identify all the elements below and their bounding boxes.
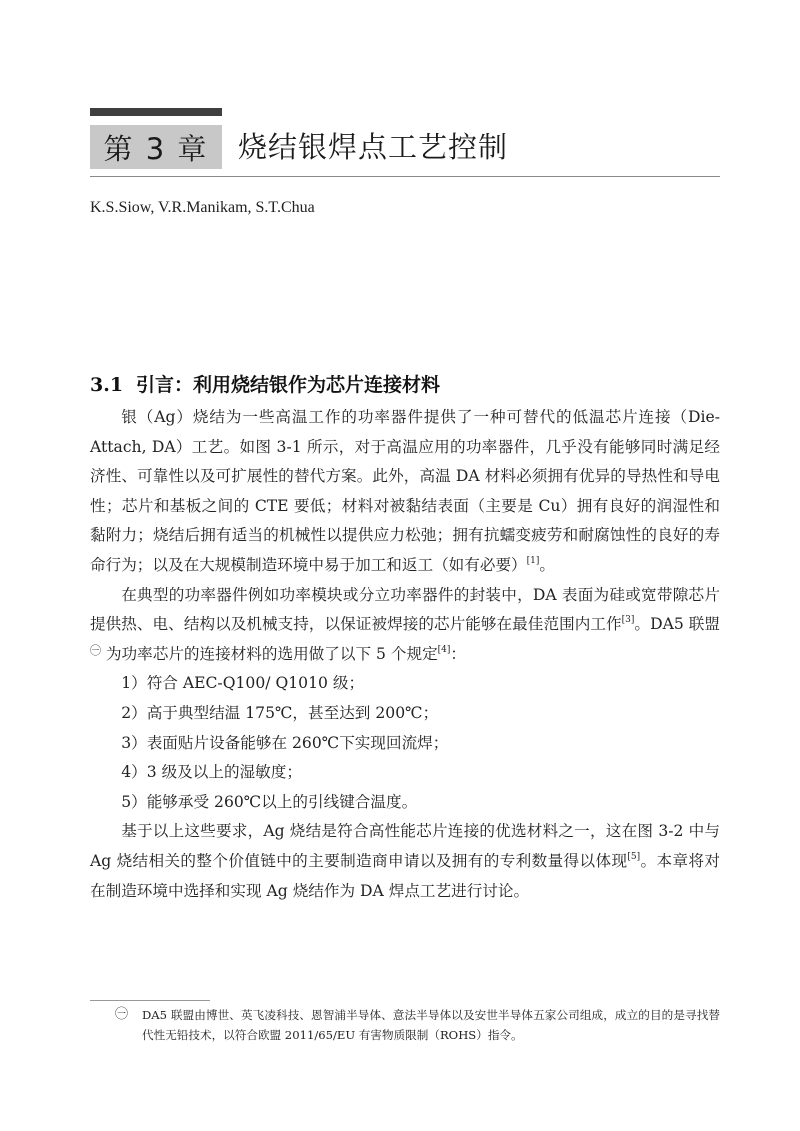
paragraph-2-text-c: 为功率芯片的连接材料的选用做了以下 5 个规定 — [101, 645, 438, 663]
list-item-2: 2）高于典型结温 175℃，甚至达到 200℃； — [90, 699, 720, 729]
paragraph-3: 基于以上这些要求，Ag 烧结是符合高性能芯片连接的优选材料之一，这在图 3-2 … — [90, 817, 720, 906]
citation-4: [4] — [438, 645, 451, 655]
chapter-number-block: 第 3 章 — [90, 125, 222, 169]
list-item-1: 1）符合 AEC-Q100/ Q1010 级； — [90, 669, 720, 699]
citation-1: [1] — [527, 556, 540, 566]
list-item-5: 5）能够承受 260℃以上的引线键合温度。 — [90, 788, 720, 818]
body-text: 银（Ag）烧结为一些高温工作的功率器件提供了一种可替代的低温芯片连接（Die-A… — [90, 403, 720, 906]
paragraph-2-text-a: 在典型的功率器件例如功率模块或分立功率器件的封装中，DA 表面为硅或宽带隙芯片提… — [90, 586, 720, 634]
chapter-top-bar — [90, 108, 222, 116]
chapter-label: 第 3 章 — [104, 127, 209, 168]
paragraph-3-text: 基于以上这些要求，Ag 烧结是符合高性能芯片连接的优选材料之一，这在图 3-2 … — [90, 822, 720, 870]
footnote-symbol: ㊀ — [115, 1005, 142, 1045]
paragraph-1-text: 银（Ag）烧结为一些高温工作的功率器件提供了一种可替代的低温芯片连接（Die-A… — [90, 408, 720, 574]
citation-3: [3] — [622, 615, 635, 625]
footnote: ㊀ DA5 联盟由博世、英飞凌科技、恩智浦半导体、意法半导体以及安世半导体五家公… — [115, 1005, 720, 1045]
paragraph-2-end: ： — [450, 645, 466, 663]
paragraph-1: 银（Ag）烧结为一些高温工作的功率器件提供了一种可替代的低温芯片连接（Die-A… — [90, 403, 720, 581]
paragraph-2: 在典型的功率器件例如功率模块或分立功率器件的封装中，DA 表面为硅或宽带隙芯片提… — [90, 581, 720, 670]
section-title: 引言：利用烧结银作为芯片连接材料 — [136, 374, 440, 396]
citation-5: [5] — [627, 852, 640, 862]
section-heading: 3.1引言：利用烧结银作为芯片连接材料 — [90, 370, 440, 397]
list-item-4: 4）3 级及以上的湿敏度； — [90, 758, 720, 788]
paragraph-2-text-b: 。DA5 联盟 — [634, 615, 720, 633]
paragraph-1-end: 。 — [539, 556, 555, 574]
footnote-marker[interactable]: ㊀ — [90, 644, 101, 657]
list-item-3: 3）表面贴片设备能够在 260℃下实现回流焊； — [90, 729, 720, 759]
footnote-rule — [90, 1000, 210, 1001]
authors: K.S.Siow, V.R.Manikam, S.T.Chua — [90, 199, 315, 217]
chapter-title-rule — [90, 176, 720, 177]
footnote-text: DA5 联盟由博世、英飞凌科技、恩智浦半导体、意法半导体以及安世半导体五家公司组… — [142, 1005, 720, 1045]
section-number: 3.1 — [90, 374, 136, 396]
chapter-title: 烧结银焊点工艺控制 — [238, 125, 508, 169]
